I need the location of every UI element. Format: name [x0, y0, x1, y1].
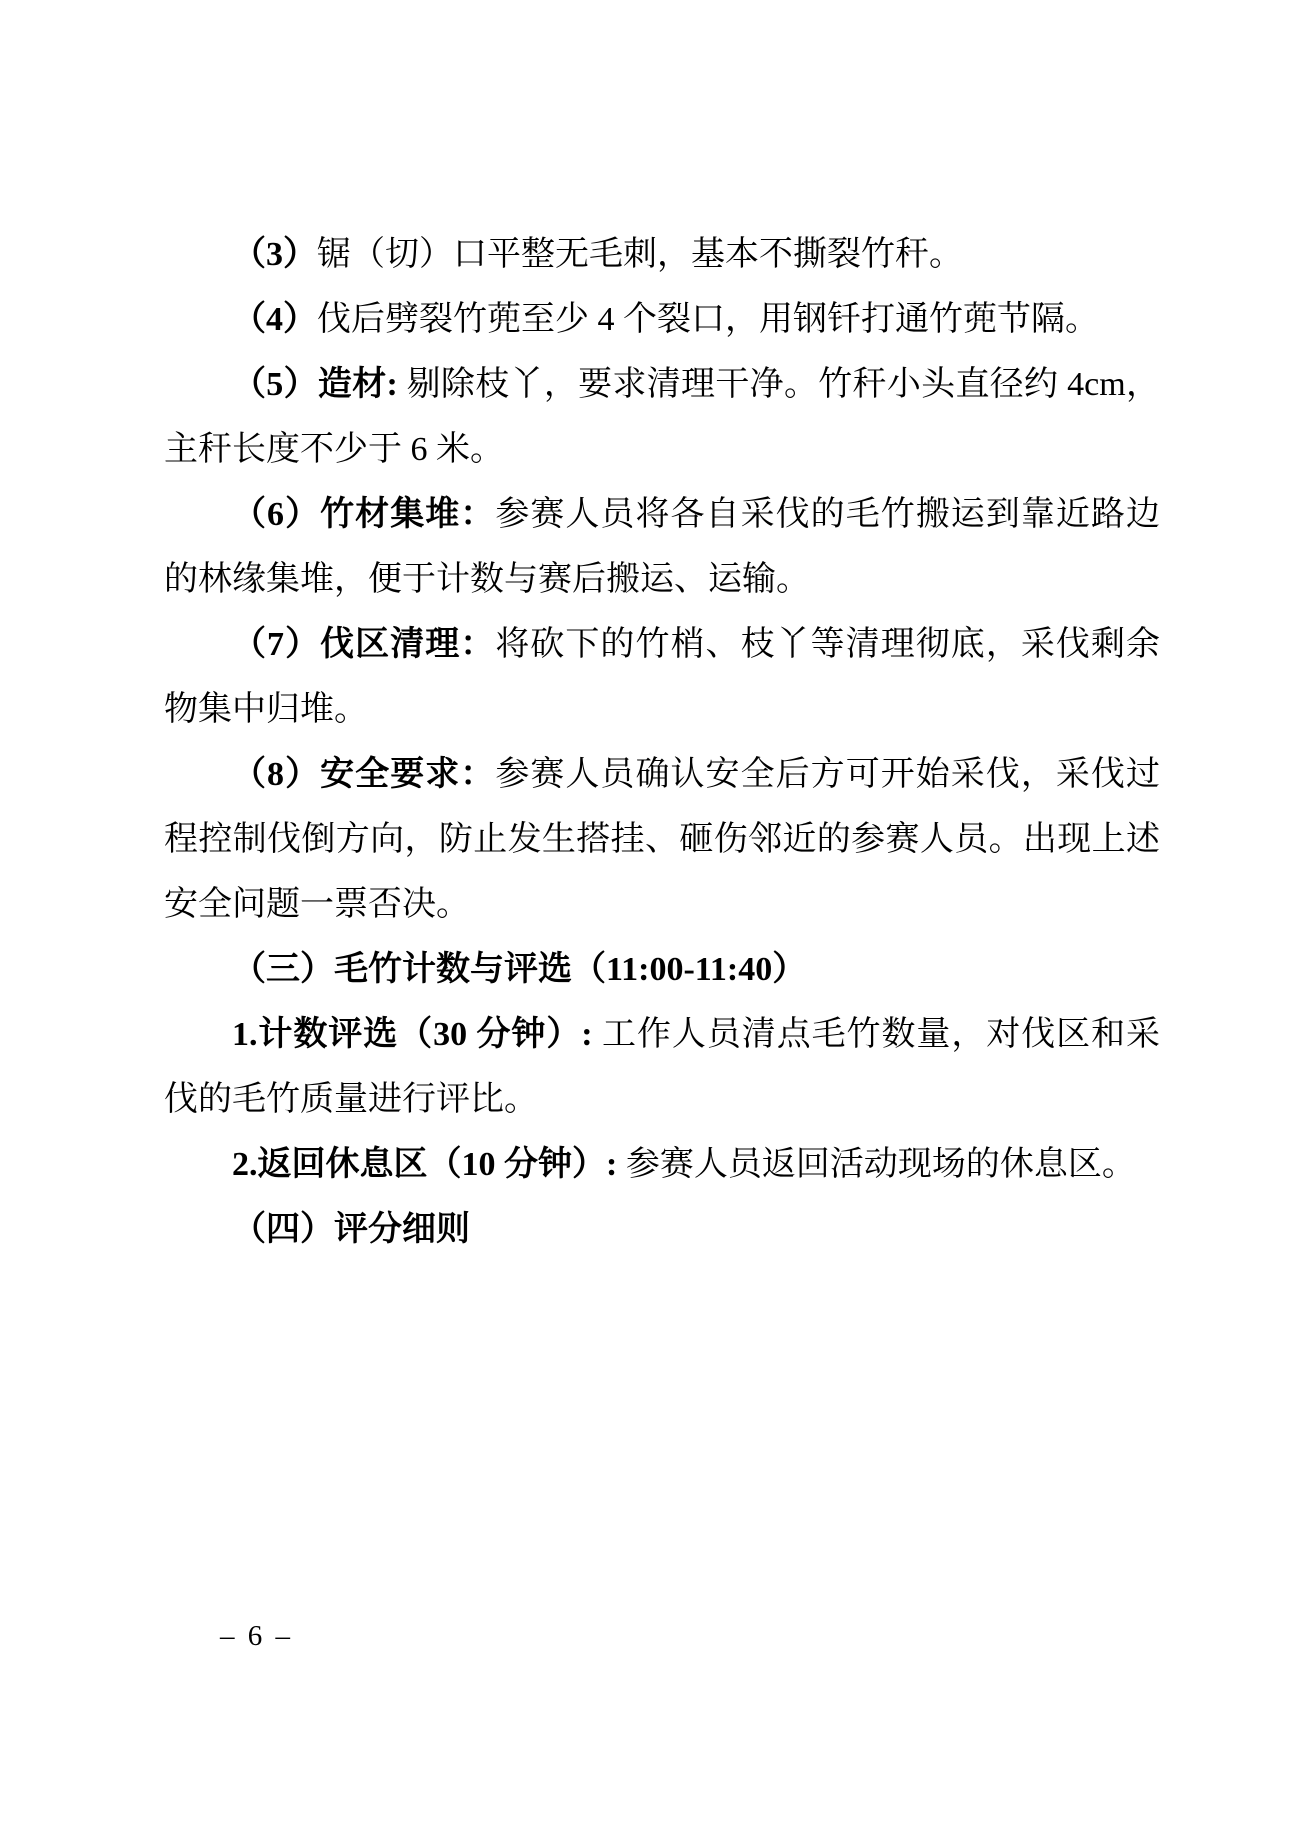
text-run: （7）伐区清理： — [232, 626, 495, 663]
list-item-7: （7）伐区清理：将砍下的竹梢、枝丫等清理彻底，采伐剩余物集中归堆。 — [164, 612, 1160, 742]
list-item-3: （3）锯（切）口平整无毛刺，基本不撕裂竹秆。 — [164, 222, 1160, 287]
list-item-8: （8）安全要求：参赛人员确认安全后方可开始采伐，采伐过程控制伐倒方向，防止发生搭… — [164, 742, 1160, 937]
step-item-1: 1.计数评选（30 分钟）: 工作人员清点毛竹数量，对伐区和采伐的毛竹质量进行评… — [164, 1002, 1160, 1132]
page-number: – 6 – — [220, 1620, 293, 1652]
document-page: （3）锯（切）口平整无毛刺，基本不撕裂竹秆。（4）伐后劈裂竹蔸至少 4 个裂口，… — [0, 0, 1303, 1844]
text-run: 锯（切）口平整无毛刺，基本不撕裂竹秆。 — [317, 236, 963, 273]
document-body: （3）锯（切）口平整无毛刺，基本不撕裂竹秆。（4）伐后劈裂竹蔸至少 4 个裂口，… — [164, 222, 1160, 1262]
text-run: 参赛人员返回活动现场的休息区。 — [617, 1146, 1136, 1183]
section-heading-3: （三）毛竹计数与评选（11:00-11:40） — [164, 937, 1160, 1002]
text-run: （8）安全要求： — [232, 756, 495, 793]
text-run: （3） — [232, 236, 317, 273]
text-run: （6）竹材集堆： — [232, 496, 495, 533]
text-run: （4） — [232, 301, 317, 338]
text-run: （三）毛竹计数与评选（11:00-11:40） — [232, 951, 806, 988]
text-run: （四）评分细则 — [232, 1211, 470, 1248]
step-item-2: 2.返回休息区（10 分钟）: 参赛人员返回活动现场的休息区。 — [164, 1132, 1160, 1197]
list-item-5: （5）造材: 剔除枝丫，要求清理干净。竹秆小头直径约 4cm，主秆长度不少于 6… — [164, 352, 1160, 482]
text-run: （5）造材: — [232, 366, 398, 403]
text-run: 2.返回休息区（10 分钟）: — [232, 1146, 617, 1183]
text-run: 伐后劈裂竹蔸至少 4 个裂口，用钢钎打通竹蔸节隔。 — [317, 301, 1099, 338]
section-heading-4: （四）评分细则 — [164, 1197, 1160, 1262]
text-run: 1.计数评选（30 分钟）: — [232, 1016, 593, 1053]
list-item-6: （6）竹材集堆：参赛人员将各自采伐的毛竹搬运到靠近路边的林缘集堆，便于计数与赛后… — [164, 482, 1160, 612]
list-item-4: （4）伐后劈裂竹蔸至少 4 个裂口，用钢钎打通竹蔸节隔。 — [164, 287, 1160, 352]
